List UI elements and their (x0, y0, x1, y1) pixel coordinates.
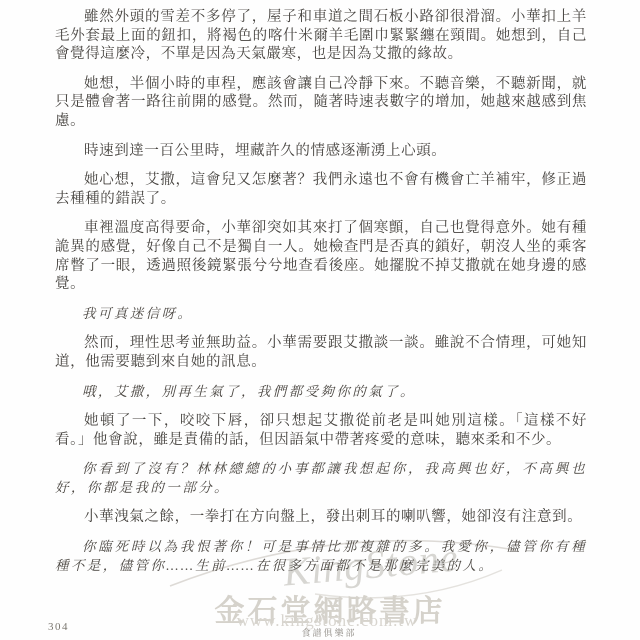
paragraph-9: 她頓了一下，咬咬下唇，卻只想起艾撒從前老是叫她別這樣。「這樣不好看。」他會說，雖… (55, 412, 587, 449)
paragraph-5: 車裡溫度高得要命，小華卻突如其來打了個寒顫，自己也覺得意外。她有種詭異的感覺，好… (55, 219, 587, 293)
paragraph-11: 小華洩氣之餘，一拳打在方向盤上，發出刺耳的喇叭響，她卻沒有注意到。 (55, 508, 587, 527)
scanned-book-page: KingStone 雖然外頭的雪差不多停了，屋子和車道之間石板小路卻很滑溜。小華… (0, 0, 640, 640)
paragraph-7: 然而，理性思考並無助益。小華需要跟艾撒談一談。雖說不合情理，可她知道，他需要聽到… (55, 334, 587, 371)
page-number: 304 (48, 621, 69, 633)
paragraph-12-inner-voice: 你臨死時以為我恨著你！可是事情比那複雜的多。我愛你，儘管你有種種不是，儘管你……… (55, 538, 587, 575)
paragraph-1: 雖然外頭的雪差不多停了，屋子和車道之間石板小路卻很滑溜。小華扣上羊毛外套最上面的… (55, 8, 587, 64)
paragraph-6-inner-voice: 我可真迷信呀。 (55, 305, 587, 324)
paragraph-10-inner-voice: 你看到了沒有？林林總總的小事都讓我想起你，我高興也好，不高興也好，你都是我的一部… (55, 460, 587, 497)
paragraph-2: 她想，半個小時的車程，應該會讓自己冷靜下來。不聽音樂，不聽新聞，就只是體會著一路… (55, 75, 587, 131)
paragraph-4: 她心想，艾撒，這會兒又怎麼著？我們永遠也不會有機會亡羊補牢，修正過去種種的錯誤了… (55, 171, 587, 208)
paragraph-3: 時速到達一百公里時，埋藏許久的情感逐漸湧上心頭。 (55, 142, 587, 161)
page-text: 雖然外頭的雪差不多停了，屋子和車道之間石板小路卻很滑溜。小華扣上羊毛外套最上面的… (0, 0, 640, 575)
paragraph-8-inner-voice: 哦，艾撒，別再生氣了，我們都受夠你的氣了。 (55, 383, 587, 402)
book-title: 食譜俱樂部 (0, 626, 640, 639)
